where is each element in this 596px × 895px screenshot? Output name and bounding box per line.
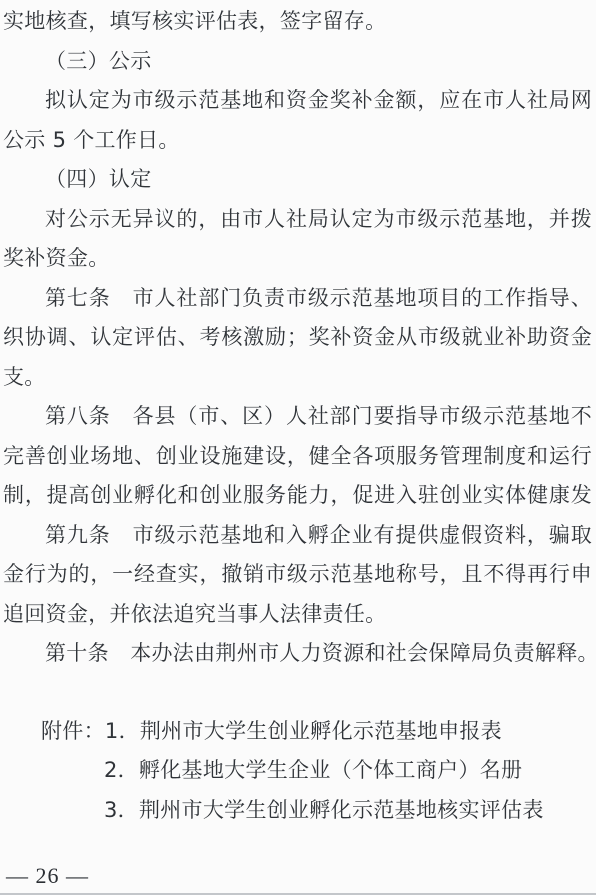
doc-line-3: 拟认定为市级示范基地和资金奖补金额，应在市人社局网站	[3, 81, 592, 121]
doc-line-6: 对公示无异议的，由市人社局认定为市级示范基地，并拨付	[3, 200, 592, 240]
page-footer: — 26 —	[6, 863, 89, 889]
doc-line-7: 奖补资金。	[3, 239, 592, 279]
subsection-heading-4-rending: （四）认定	[3, 160, 592, 200]
article-9-line-2: 金行为的，一经查实，撤销市级示范基地称号，且不得再行申报，	[3, 555, 592, 595]
doc-line-1: 实地核查，填写核实评估表，签字留存。	[3, 2, 592, 42]
article-7-line-3: 支。	[3, 358, 592, 398]
article-9-line-3: 追回资金，并依法追究当事人法律责任。	[3, 595, 592, 635]
doc-line-4: 公示 5 个工作日。	[3, 121, 592, 161]
page-number: — 26 —	[6, 863, 89, 888]
attachment-item-1: 附件：1．荆州市大学生创业孵化示范基地申报表	[3, 712, 592, 752]
subsection-heading-3-gongshi: （三）公示	[3, 42, 592, 82]
attachment-item-2: 2．孵化基地大学生企业（个体工商户）名册	[3, 751, 592, 791]
article-8-line-3: 制，提高创业孵化和创业服务能力，促进入驻创业实体健康发展。	[3, 476, 592, 516]
attachments-block: 附件：1．荆州市大学生创业孵化示范基地申报表 2．孵化基地大学生企业（个体工商户…	[3, 712, 592, 831]
article-8-line-1: 第八条 各县（市、区）人社部门要指导市级示范基地不断	[3, 397, 592, 437]
attachment-item-1-text: 1．荆州市大学生创业孵化示范基地申报表	[105, 719, 502, 743]
document-page: 实地核查，填写核实评估表，签字留存。 （三）公示 拟认定为市级示范基地和资金奖补…	[0, 0, 596, 895]
article-7-line-2: 织协调、认定评估、考核激励；奖补资金从市级就业补助资金列	[3, 318, 592, 358]
article-9-line-1: 第九条 市级示范基地和入孵企业有提供虚假资料，骗取资	[3, 516, 592, 556]
attachments-label: 附件：	[41, 719, 105, 743]
article-7-line-1: 第七条 市人社部门负责市级示范基地项目的工作指导、组	[3, 279, 592, 319]
attachment-item-3: 3．荆州市大学生创业孵化示范基地核实评估表	[3, 791, 592, 831]
article-10-line: 第十条 本办法由荆州市人力资源和社会保障局负责解释。	[3, 634, 592, 674]
article-8-line-2: 完善创业场地、创业设施建设，健全各项服务管理制度和运行机	[3, 437, 592, 477]
